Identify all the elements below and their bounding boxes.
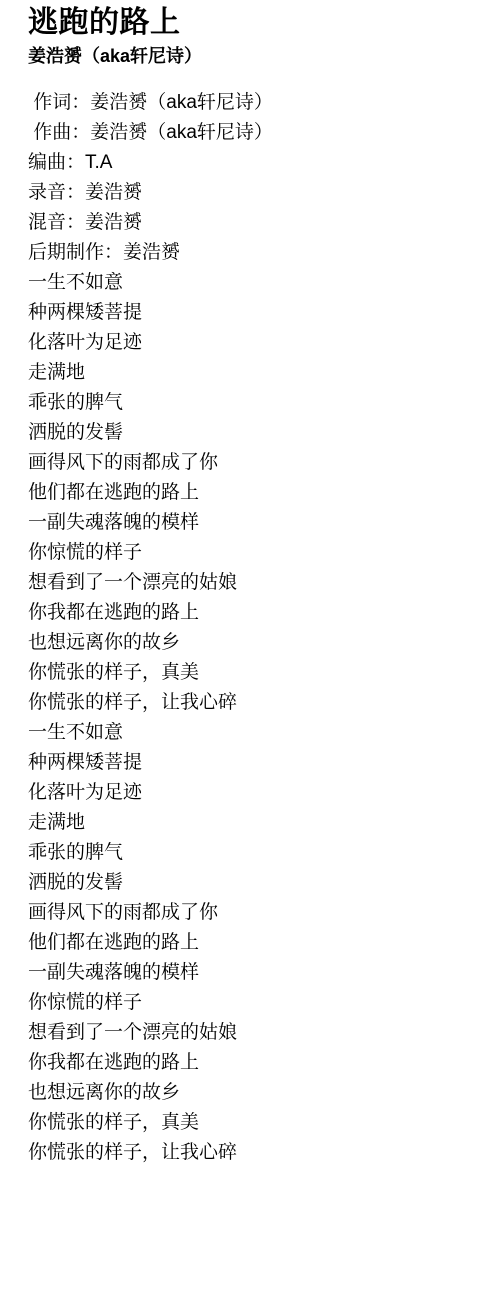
credits-block: 作词：姜浩赟（aka轩尼诗） 作曲：姜浩赟（aka轩尼诗） 编曲：T.A 录音：… — [28, 88, 480, 268]
credit-line-recording: 录音：姜浩赟 — [28, 178, 480, 208]
lyric-line: 你慌张的样子，让我心碎 — [28, 1138, 480, 1168]
lyric-line: 洒脱的发髻 — [28, 868, 480, 898]
lyric-line: 种两棵矮菩提 — [28, 748, 480, 778]
lyric-line: 他们都在逃跑的路上 — [28, 478, 480, 508]
lyrics-block: 一生不如意 种两棵矮菩提 化落叶为足迹 走满地 乖张的脾气 洒脱的发髻 画得风下… — [28, 268, 480, 1168]
lyric-line: 一副失魂落魄的模样 — [28, 508, 480, 538]
lyrics-page: 逃跑的路上 姜浩赟（aka轩尼诗） 作词：姜浩赟（aka轩尼诗） 作曲：姜浩赟（… — [0, 0, 500, 1300]
credit-line-lyricist: 作词：姜浩赟（aka轩尼诗） — [28, 88, 480, 118]
artist-name: 姜浩赟（aka轩尼诗） — [28, 44, 480, 68]
credit-line-mixing: 混音：姜浩赟 — [28, 208, 480, 238]
lyric-line: 你我都在逃跑的路上 — [28, 1048, 480, 1078]
credit-line-postproduction: 后期制作：姜浩赟 — [28, 238, 480, 268]
credit-line-arranger: 编曲：T.A — [28, 148, 480, 178]
lyric-line: 乖张的脾气 — [28, 838, 480, 868]
lyric-line: 他们都在逃跑的路上 — [28, 928, 480, 958]
lyric-line: 你慌张的样子，真美 — [28, 658, 480, 688]
lyric-line: 一副失魂落魄的模样 — [28, 958, 480, 988]
lyric-line: 画得风下的雨都成了你 — [28, 448, 480, 478]
lyric-line: 想看到了一个漂亮的姑娘 — [28, 1018, 480, 1048]
lyric-line: 你慌张的样子，让我心碎 — [28, 688, 480, 718]
page-title: 逃跑的路上 — [28, 4, 480, 42]
lyric-line: 洒脱的发髻 — [28, 418, 480, 448]
credit-line-composer: 作曲：姜浩赟（aka轩尼诗） — [28, 118, 480, 148]
lyric-line: 走满地 — [28, 808, 480, 838]
lyric-line: 乖张的脾气 — [28, 388, 480, 418]
lyric-line: 也想远离你的故乡 — [28, 1078, 480, 1108]
lyric-line: 你惊慌的样子 — [28, 538, 480, 568]
lyric-line: 一生不如意 — [28, 268, 480, 298]
lyric-line: 你惊慌的样子 — [28, 988, 480, 1018]
lyric-line: 也想远离你的故乡 — [28, 628, 480, 658]
lyric-line: 化落叶为足迹 — [28, 778, 480, 808]
lyric-line: 你慌张的样子，真美 — [28, 1108, 480, 1138]
lyric-line: 种两棵矮菩提 — [28, 298, 480, 328]
lyric-line: 一生不如意 — [28, 718, 480, 748]
lyric-line: 走满地 — [28, 358, 480, 388]
lyric-line: 想看到了一个漂亮的姑娘 — [28, 568, 480, 598]
lyric-line: 化落叶为足迹 — [28, 328, 480, 358]
lyric-line: 你我都在逃跑的路上 — [28, 598, 480, 628]
lyric-line: 画得风下的雨都成了你 — [28, 898, 480, 928]
